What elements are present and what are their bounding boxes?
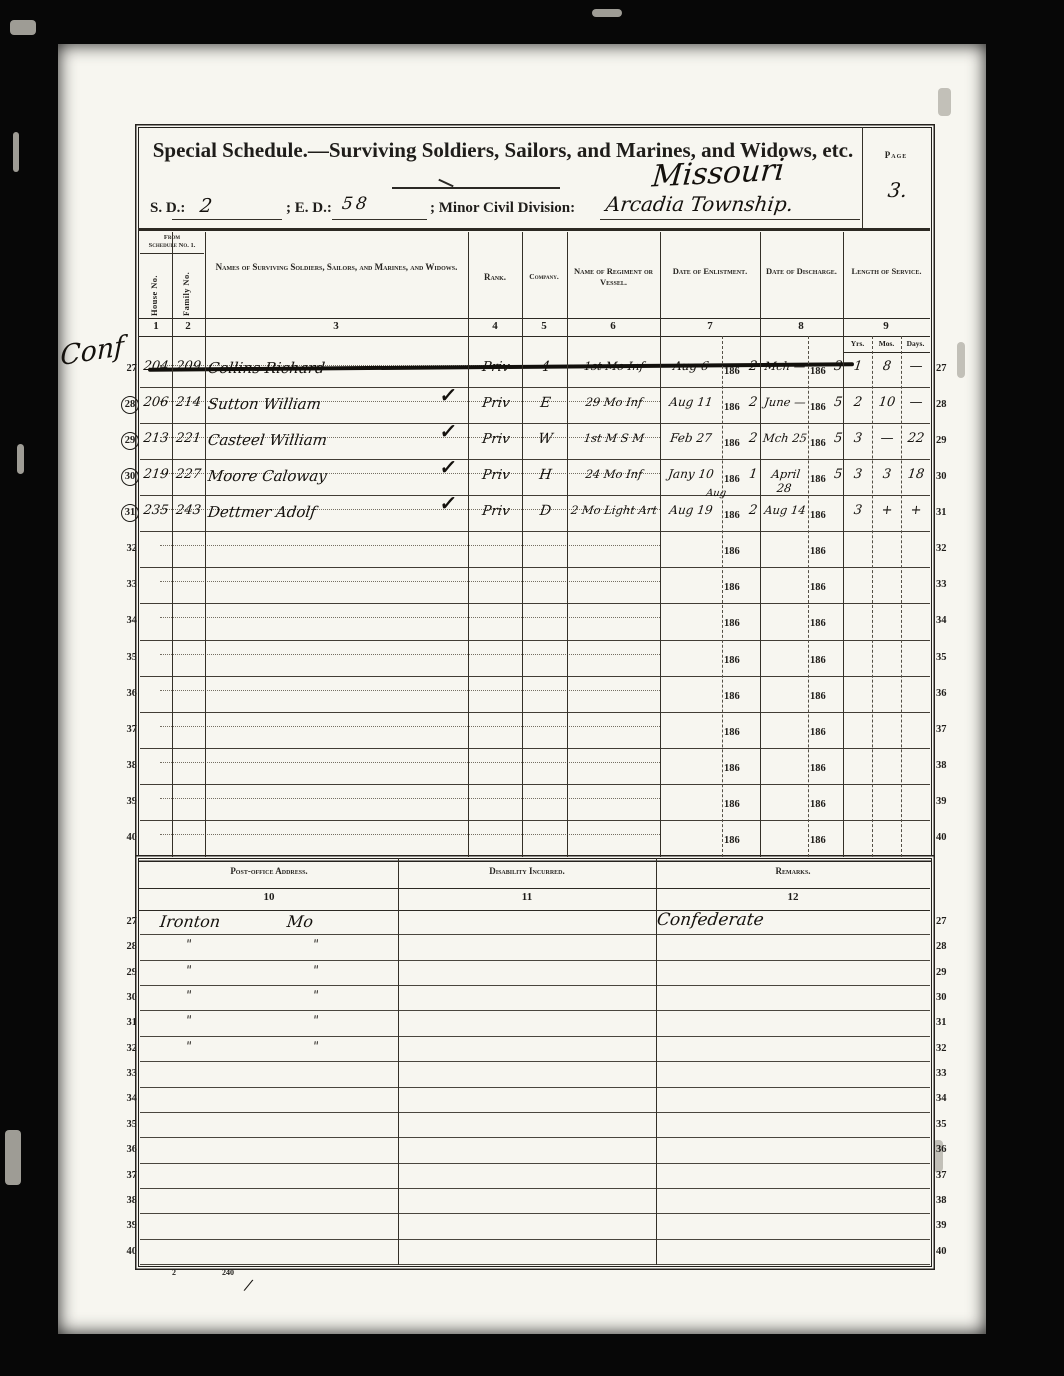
- printed-year-enlist: 186: [724, 691, 740, 702]
- col-discharge-label: Date of Discharge.: [764, 266, 839, 277]
- printed-year-enlist: 186: [724, 835, 740, 846]
- discharge-year-digit: 3: [833, 359, 843, 374]
- row-number-right: 37: [936, 1170, 958, 1181]
- scan-artifact: [13, 132, 19, 172]
- row-number-left: 37: [120, 724, 137, 735]
- veteran-name: Dettmer Adolf: [207, 503, 444, 521]
- name-writing-line: [160, 726, 660, 727]
- service-sub-days: Days.: [901, 339, 930, 348]
- service-sub-yrs: Yrs.: [843, 339, 872, 348]
- name-writing-line: [160, 654, 660, 655]
- col-number-11: 11: [512, 891, 542, 903]
- family-number: 221: [171, 431, 206, 446]
- service-years: 3: [843, 503, 873, 518]
- printed-year-enlist: 186: [724, 510, 740, 521]
- page-label: Page: [866, 150, 926, 162]
- house-number: 204: [139, 359, 173, 374]
- printed-year-enlist: 186: [724, 438, 740, 449]
- row-number-right: 36: [936, 1144, 958, 1155]
- row-number-left: 40: [120, 832, 137, 843]
- main-table-row: 2929213221Casteel William✓PrivW1st M S M…: [120, 424, 952, 460]
- printed-year-discharge: 186: [810, 763, 826, 774]
- service-months: 10: [872, 395, 902, 410]
- bottom-table-row: 3535: [120, 1113, 952, 1138]
- service-months: 8: [872, 359, 902, 374]
- enlist-day: Aug 11: [660, 395, 722, 409]
- row-number-left: 32: [120, 543, 137, 554]
- row-number-right: 36: [936, 688, 958, 699]
- bottom-table-row: 3939: [120, 1214, 952, 1239]
- row-number-right: 32: [936, 543, 958, 554]
- discharge-year-digit: 5: [833, 467, 843, 482]
- sd-label: S. D.:: [150, 200, 185, 217]
- table-rule: [901, 336, 902, 857]
- company-value: D: [523, 503, 568, 519]
- checkmark-icon: ✓: [439, 419, 459, 443]
- col-regiment-label: Name of Regiment or Vessel.: [567, 266, 660, 288]
- table-rule: [656, 858, 657, 1265]
- company-value: E: [523, 395, 568, 411]
- row-number-left: 28: [121, 396, 139, 414]
- printed-year-discharge: 186: [810, 727, 826, 738]
- scan-artifact: [17, 444, 24, 474]
- table-rule: [468, 232, 469, 857]
- printed-year-enlist: 186: [724, 763, 740, 774]
- checkmark-icon: ✓: [439, 455, 459, 479]
- service-days: —: [901, 359, 931, 374]
- main-table-row: 3939186186: [120, 785, 952, 821]
- service-months: +: [872, 503, 902, 518]
- mcd-underline: [600, 219, 860, 220]
- bottom-table-row: 3333: [120, 1062, 952, 1087]
- bottom-table-row: 3636: [120, 1138, 952, 1163]
- main-table-row: 3030219227Moore Caloway✓PrivH24 Mo InfJa…: [120, 460, 952, 496]
- col-names-label: Names of Surviving Soldiers, Sailors, an…: [213, 262, 460, 274]
- printed-year-discharge: 186: [810, 366, 826, 377]
- row-number-left: 33: [120, 1068, 137, 1079]
- main-table-row: 2828206214Sutton William✓PrivE29 Mo InfA…: [120, 388, 952, 424]
- col-number-12: 12: [778, 891, 808, 903]
- company-value: W: [523, 431, 568, 447]
- printed-year-enlist: 186: [724, 618, 740, 629]
- veteran-name: Sutton William: [207, 395, 444, 413]
- row-number-right: 33: [936, 579, 958, 590]
- ed-label: ; E. D.:: [286, 200, 332, 217]
- printed-year-discharge: 186: [810, 799, 826, 810]
- discharge-day: Aug 14: [761, 503, 809, 517]
- row-number-right: 39: [936, 1220, 958, 1231]
- post-office-state: ": [286, 937, 384, 951]
- scan-artifact: [957, 342, 965, 378]
- row-number-right: 31: [936, 1017, 958, 1028]
- row-number-left: 27: [120, 363, 137, 374]
- rank-value: Priv: [469, 503, 523, 519]
- table-rule: [808, 336, 809, 857]
- col-number-7: 7: [695, 320, 725, 332]
- enlist-year-digit: 2: [748, 503, 758, 518]
- enlist-day: Jany 10: [660, 467, 722, 481]
- printed-year-discharge: 186: [810, 582, 826, 593]
- row-number-right: 40: [936, 832, 958, 843]
- table-rule: [722, 336, 723, 857]
- row-number-left: 38: [120, 1195, 137, 1206]
- row-rule: [140, 1264, 930, 1265]
- printed-year-discharge: 186: [810, 835, 826, 846]
- remarks-value: Confederate: [656, 910, 938, 930]
- service-months: 3: [872, 467, 902, 482]
- house-number: 206: [139, 395, 173, 410]
- col-enlistment-label: Date of Enlistment.: [668, 266, 752, 277]
- veteran-name: Moore Caloway: [207, 467, 444, 485]
- main-table-row: 2727204209Collins RichardPriv41st Mo Inf…: [120, 352, 952, 388]
- name-writing-line: [160, 762, 660, 763]
- printed-year-enlist: 186: [724, 655, 740, 666]
- bottom-table-row: 3131"": [120, 1011, 952, 1036]
- printed-year-enlist: 186: [724, 546, 740, 557]
- row-number-left: 31: [120, 1017, 137, 1028]
- col-remarks-label: Remarks.: [656, 866, 930, 878]
- main-table-row: 3636186186: [120, 677, 952, 713]
- house-number: 219: [139, 467, 173, 482]
- enlist-year-digit: 1: [748, 467, 758, 482]
- enlist-day: Feb 27: [660, 431, 722, 445]
- service-years: 2: [843, 395, 873, 410]
- service-years: 1: [843, 359, 873, 374]
- footer-left-number: 2: [172, 1268, 176, 1277]
- printed-year-enlist: 186: [724, 402, 740, 413]
- printed-year-discharge: 186: [810, 546, 826, 557]
- row-number-left: 29: [121, 432, 139, 450]
- regiment-value: 29 Mo Inf: [568, 395, 660, 409]
- row-number-right: 37: [936, 724, 958, 735]
- service-months: —: [872, 431, 902, 446]
- service-years: 3: [843, 467, 873, 482]
- sd-underline: [172, 219, 282, 220]
- regiment-value: 2 Mo Light Art: [568, 503, 660, 517]
- col-number-2: 2: [173, 320, 203, 332]
- bottom-table-row: 3737: [120, 1164, 952, 1189]
- row-number-left: 33: [120, 579, 137, 590]
- checkmark-icon: ✓: [439, 383, 459, 407]
- row-number-right: 28: [936, 941, 958, 952]
- row-number-left: 34: [120, 615, 137, 626]
- main-table-row: 4040186186: [120, 821, 952, 857]
- main-table-row: 3838186186: [120, 749, 952, 785]
- col-number-5: 5: [529, 320, 559, 332]
- rank-value: Priv: [469, 395, 523, 411]
- col-number-10: 10: [254, 891, 284, 903]
- family-number: 243: [171, 503, 206, 518]
- scan-artifact: [938, 88, 951, 116]
- row-number-right: 38: [936, 1195, 958, 1206]
- main-table-row: 3232186186: [120, 532, 952, 568]
- scan-artifact: [5, 1130, 21, 1185]
- row-number-left: 37: [120, 1170, 137, 1181]
- col-company-label: Company.: [521, 272, 567, 282]
- house-number: 235: [139, 503, 173, 518]
- main-table-row: 3535186186: [120, 641, 952, 677]
- col-number-6: 6: [598, 320, 628, 332]
- correction-note: Aug: [705, 488, 726, 499]
- col-rank-label: Rank.: [468, 272, 522, 284]
- bottom-table-row: 2727IrontonMoConfederate: [120, 910, 952, 935]
- number-band-top-rule: [138, 318, 930, 319]
- regiment-value: 24 Mo Inf: [568, 467, 660, 481]
- row-number-left: 28: [120, 941, 137, 952]
- name-writing-line: [160, 690, 660, 691]
- row-number-left: 35: [120, 1119, 137, 1130]
- table-rule: [522, 232, 523, 857]
- name-writing-line: [160, 834, 660, 835]
- house-number: 213: [139, 431, 173, 446]
- rank-value: Priv: [469, 467, 523, 483]
- discharge-day: April 28: [760, 467, 809, 495]
- row-number-left: 27: [120, 916, 137, 927]
- name-writing-line: [160, 617, 660, 618]
- main-table-row: 3737186186: [120, 713, 952, 749]
- bottom-table-row: 3434: [120, 1087, 952, 1112]
- ed-underline: [332, 219, 427, 220]
- title-flourish: [392, 187, 560, 189]
- printed-year-discharge: 186: [810, 510, 826, 521]
- col-disability-label: Disability Incurred.: [398, 866, 656, 878]
- discharge-day: Mch 25: [761, 431, 809, 445]
- printed-year-enlist: 186: [724, 366, 740, 377]
- printed-year-discharge: 186: [810, 438, 826, 449]
- printed-year-enlist: 186: [724, 582, 740, 593]
- row-number-left: 39: [120, 796, 137, 807]
- table-rule: [172, 232, 173, 857]
- row-number-left: 35: [120, 652, 137, 663]
- mcd-value: Arcadia Township.: [605, 192, 795, 216]
- bottom-table-row: 2929"": [120, 961, 952, 986]
- mcd-label: ; Minor Civil Division:: [430, 200, 575, 217]
- family-number: 227: [171, 467, 206, 482]
- enlist-year-digit: 2: [748, 431, 758, 446]
- row-number-left: 39: [120, 1220, 137, 1231]
- row-number-left: 38: [120, 760, 137, 771]
- col-house-label: House No.: [149, 256, 159, 316]
- printed-year-discharge: 186: [810, 474, 826, 485]
- name-writing-line: [160, 798, 660, 799]
- service-days: —: [901, 395, 931, 410]
- company-value: H: [523, 467, 568, 483]
- row-number-left: 30: [120, 992, 137, 1003]
- post-office-state: ": [286, 1039, 384, 1053]
- row-number-right: 27: [936, 363, 958, 374]
- row-number-left: 36: [120, 688, 137, 699]
- service-days: 22: [901, 431, 931, 446]
- page-box-divider: [862, 127, 863, 228]
- col-family-label: Family No.: [181, 256, 191, 316]
- post-office-state: ": [286, 988, 384, 1002]
- main-table-row: 3131235243Dettmer Adolf✓PrivD2 Mo Light …: [120, 496, 952, 532]
- row-number-right: 32: [936, 1043, 958, 1054]
- row-number-right: 34: [936, 1093, 958, 1104]
- row-number-right: 39: [936, 796, 958, 807]
- row-rule: [140, 856, 930, 857]
- table-rule: [660, 232, 661, 857]
- row-number-right: 30: [936, 471, 958, 482]
- service-days: 18: [901, 467, 931, 482]
- post-office-state: ": [286, 1013, 384, 1027]
- row-number-right: 27: [936, 916, 958, 927]
- enlist-year-digit: 2: [748, 395, 758, 410]
- bottom-table-row: 3838: [120, 1189, 952, 1214]
- col-number-8: 8: [786, 320, 816, 332]
- table-rule: [760, 232, 761, 857]
- checkmark-icon: ✓: [439, 491, 459, 515]
- row-number-left: 30: [121, 468, 139, 486]
- state-overwrite: Missouri: [651, 152, 786, 194]
- post-office-state: ": [286, 963, 384, 977]
- service-days: +: [901, 503, 931, 518]
- row-number-right: 28: [936, 399, 958, 410]
- col-number-1: 1: [141, 320, 171, 332]
- row-number-left: 34: [120, 1093, 137, 1104]
- name-writing-line: [160, 545, 660, 546]
- discharge-day: June —: [761, 395, 809, 409]
- printed-year-enlist: 186: [724, 474, 740, 485]
- main-table-row: 3434186186: [120, 604, 952, 640]
- bottom-table-row: 3232"": [120, 1037, 952, 1062]
- table-rule: [205, 232, 206, 857]
- post-office-state: Mo: [286, 912, 358, 931]
- printed-year-enlist: 186: [724, 799, 740, 810]
- row-number-right: 35: [936, 652, 958, 663]
- footer-right-number: 240: [222, 1268, 234, 1277]
- row-number-left: 32: [120, 1043, 137, 1054]
- scan-artifact: [10, 20, 36, 35]
- service-years: 3: [843, 431, 873, 446]
- row-number-left: 29: [120, 967, 137, 978]
- bottom-table-row: 3030"": [120, 986, 952, 1011]
- table-rule: [398, 858, 399, 1265]
- table-rule: [843, 232, 844, 857]
- table-rule: [872, 336, 873, 857]
- row-number-right: 29: [936, 967, 958, 978]
- bottom-label-rule: [138, 888, 930, 889]
- row-number-right: 30: [936, 992, 958, 1003]
- row-number-right: 34: [936, 615, 958, 626]
- col-number-9: 9: [871, 320, 901, 332]
- row-number-right: 40: [936, 1246, 958, 1257]
- main-table-row: 3333186186: [120, 568, 952, 604]
- row-number-left: 36: [120, 1144, 137, 1155]
- enlist-day: Aug 19: [660, 503, 722, 517]
- col-number-4: 4: [480, 320, 510, 332]
- scan-artifact: [592, 9, 622, 17]
- rank-value: Priv: [469, 431, 523, 447]
- row-number-right: 38: [936, 760, 958, 771]
- bottom-table-row: 2828"": [120, 935, 952, 960]
- col-number-3: 3: [321, 320, 351, 332]
- printed-year-discharge: 186: [810, 618, 826, 629]
- header-divider: [138, 228, 930, 231]
- service-sub-mos: Mos.: [872, 339, 901, 348]
- row-number-right: 31: [936, 507, 958, 518]
- number-band-bottom-rule: [138, 336, 930, 337]
- printed-year-discharge: 186: [810, 691, 826, 702]
- family-number: 214: [171, 395, 206, 410]
- regiment-value: 1st M S M: [568, 431, 660, 445]
- name-writing-line: [160, 581, 660, 582]
- veteran-name: Casteel William: [207, 431, 444, 449]
- col-service-label: Length of Service.: [847, 266, 926, 277]
- page-number: 3.: [887, 178, 909, 202]
- discharge-year-digit: 5: [833, 395, 843, 410]
- printed-year-discharge: 186: [810, 402, 826, 413]
- row-number-left: 40: [120, 1246, 137, 1257]
- printed-year-discharge: 186: [810, 655, 826, 666]
- row-number-right: 33: [936, 1068, 958, 1079]
- row-number-right: 35: [936, 1119, 958, 1130]
- discharge-year-digit: 5: [833, 431, 843, 446]
- scanned-document: Special Schedule.—Surviving Soldiers, Sa…: [0, 0, 1064, 1376]
- col-postoffice-label: Post-office Address.: [140, 866, 398, 878]
- row-number-right: 29: [936, 435, 958, 446]
- ed-value: 58: [341, 194, 371, 214]
- bottom-table-row: 4040: [120, 1240, 952, 1265]
- table-rule: [567, 232, 568, 857]
- row-number-left: 31: [121, 504, 139, 522]
- printed-year-enlist: 186: [724, 727, 740, 738]
- post-office-city: Ironton: [159, 912, 301, 931]
